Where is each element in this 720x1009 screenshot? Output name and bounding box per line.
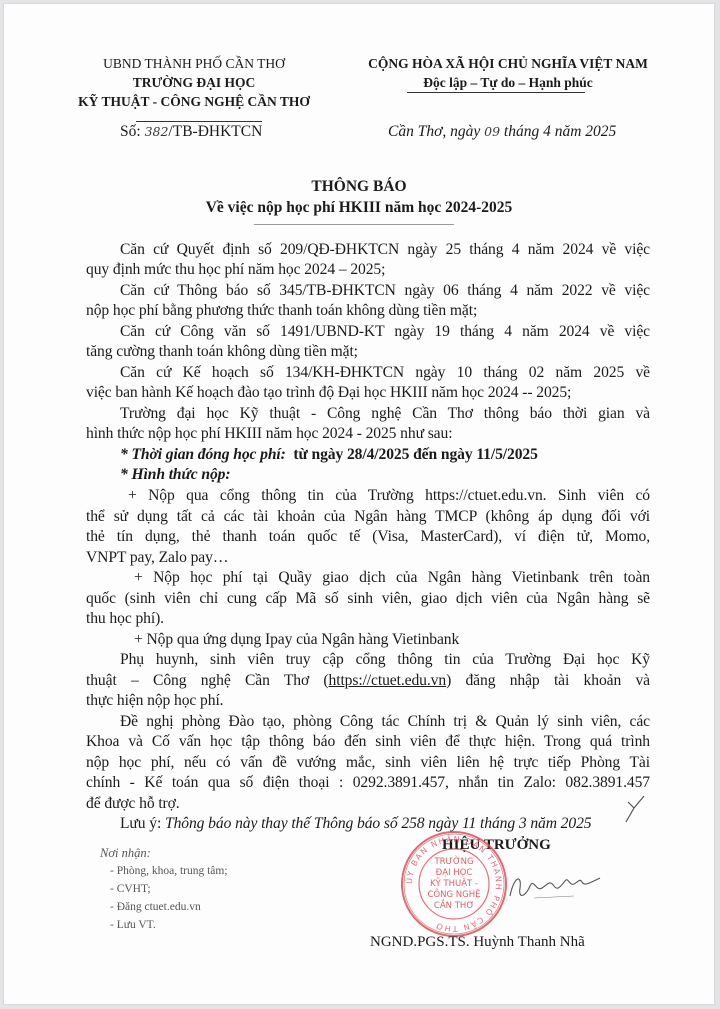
request-line-3: nộp học phí, nếu có vấn đề vướng mắc, si… — [86, 754, 650, 772]
parents-line-1: Phụ huynh, sinh viên truy cập cổng thông… — [120, 651, 650, 669]
payment-method-label: * Hình thức nộp: — [120, 466, 230, 484]
stamp-line: KỸ THUẬT - — [430, 877, 478, 889]
parents-line-2-pre: thuật – Công nghệ Cần Thơ ( — [86, 672, 329, 689]
basis-line-4: nộp học phí bằng phương thức thanh toán … — [86, 302, 477, 320]
method-2-line-2: quốc (sinh viên chỉ cung cấp Mã số sinh … — [86, 590, 650, 608]
payment-time-label: * Thời gian đóng học phí: — [120, 446, 286, 463]
basis-line-7: Căn cứ Kế hoạch số 134/KH-ĐHKTCN ngày 10… — [120, 364, 650, 382]
method-3-line-1: + Nộp qua ứng dụng Ipay của Ngân hàng Vi… — [134, 631, 459, 649]
note-label: Lưu ý: — [120, 815, 165, 832]
parents-line-3: thực hiện nộp học phí. — [86, 692, 223, 710]
issue-date-suffix: tháng 4 năm 2025 — [500, 123, 616, 140]
method-2-line-1: + Nộp học phí tại Quầy giao dịch của Ngâ… — [134, 569, 650, 587]
recipients-label: Nơi nhận: — [100, 846, 151, 861]
method-1-line-1: + Nộp qua cổng thông tin của Trường http… — [128, 487, 650, 505]
request-line-2: Khoa và Cố vấn học tập thông báo đến sin… — [86, 733, 650, 751]
request-line-4: chính - Kế toán qua số điện thoại : 0292… — [86, 774, 650, 792]
basis-line-8: việc ban hành Kế hoạch đào tạo trình độ … — [86, 384, 571, 402]
basis-line-2: quy định mức thu học phí năm học 2024 – … — [86, 261, 385, 279]
portal-link[interactable]: https://ctuet.edu.vn — [329, 672, 447, 689]
stamp-line: CÔNG NGHỆ — [428, 888, 481, 900]
motto-underline — [407, 92, 585, 93]
initial-check-mark-icon — [624, 794, 654, 824]
signer-name: NGND.PGS.TS. Huỳnh Thanh Nhã — [370, 934, 585, 951]
note: Lưu ý: Thông báo này thay thế Thông báo … — [120, 815, 591, 833]
recipient-item: - Phòng, khoa, trung tâm; — [110, 865, 228, 877]
parents-line-2-post: ) đăng nhập tài khoản và — [446, 672, 650, 689]
note-text: Thông báo này thay thế Thông báo số 258 … — [165, 815, 591, 832]
school-name-line1: TRƯỜNG ĐẠI HỌC — [4, 75, 384, 91]
intro-line-1: Trường đại học Kỹ thuật - Công nghệ Cần … — [120, 405, 650, 423]
school-name-line2: KỸ THUẬT - CÔNG NGHỆ CẦN THƠ — [4, 94, 384, 110]
method-1-line-2: thể sử dụng tất cả các tài khoản của Ngâ… — [86, 508, 650, 526]
basis-line-5: Căn cứ Công văn số 1491/UBND-KT ngày 19 … — [120, 323, 650, 341]
payment-time-value: từ ngày 28/4/2025 đến ngày 11/5/2025 — [293, 446, 537, 463]
stamp-line: ĐẠI HỌC — [436, 868, 473, 878]
method-2-line-3: thu học phí). — [86, 610, 164, 628]
document-number: Số: 382/TB-ĐHKTCN — [120, 123, 262, 141]
handwritten-signature-icon — [504, 866, 604, 906]
document-number-suffix: /TB-ĐHKTCN — [168, 123, 262, 140]
method-1-line-4: VNPT pay, Zalo pay… — [86, 549, 228, 567]
recipient-item: - CVHT; — [110, 883, 151, 895]
notice-subtitle: Về việc nộp học phí HKIII năm học 2024-2… — [4, 199, 714, 217]
title-underline — [254, 224, 454, 225]
document-page: UBND THÀNH PHỐ CẦN THƠ TRƯỜNG ĐẠI HỌC KỸ… — [4, 4, 714, 1004]
payment-time: * Thời gian đóng học phí: từ ngày 28/4/2… — [120, 446, 538, 464]
document-number-handwritten: 382 — [145, 124, 169, 139]
issue-date: Cần Thơ, ngày 09 tháng 4 năm 2025 — [388, 123, 616, 141]
issue-date-day: 09 — [484, 124, 500, 139]
request-line-5: để được hỗ trợ. — [86, 795, 180, 813]
issuing-authority: UBND THÀNH PHỐ CẦN THƠ — [4, 56, 384, 72]
document-number-prefix: Số: — [120, 123, 145, 140]
notice-title: THÔNG BÁO — [4, 178, 714, 196]
basis-line-3: Căn cứ Thông báo số 345/TB-ĐHKTCN ngày 0… — [120, 282, 650, 300]
header-left-underline — [136, 121, 262, 122]
recipient-item: - Lưu VT. — [110, 919, 156, 931]
national-motto: Độc lập – Tự do – Hạnh phúc — [340, 75, 676, 91]
recipient-item: - Đăng ctuet.edu.vn — [110, 901, 201, 913]
intro-line-2: hình thức nộp học phí HKIII năm học 2024… — [86, 425, 452, 443]
basis-line-6: tăng cường thanh toán không dùng tiền mặ… — [86, 343, 358, 361]
official-stamp-icon: ỦY BAN NHÂN DÂN THÀNH PHỐ CẦN THƠ TRƯỜNG… — [400, 830, 508, 938]
issue-date-prefix: Cần Thơ, ngày — [388, 123, 484, 140]
country-name: CỘNG HÒA XÃ HỘI CHỦ NGHĨA VIỆT NAM — [340, 56, 676, 72]
basis-line-1: Căn cứ Quyết định số 209/QĐ-ĐHKTCN ngày … — [120, 241, 650, 259]
stamp-line: TRƯỜNG — [433, 855, 473, 867]
parents-line-2: thuật – Công nghệ Cần Thơ (https://ctuet… — [86, 672, 650, 690]
request-line-1: Đề nghị phòng Đào tạo, phòng Công tác Ch… — [120, 713, 650, 731]
method-1-line-3: thẻ tín dụng, thẻ thanh toán quốc tế (Vi… — [86, 528, 650, 546]
